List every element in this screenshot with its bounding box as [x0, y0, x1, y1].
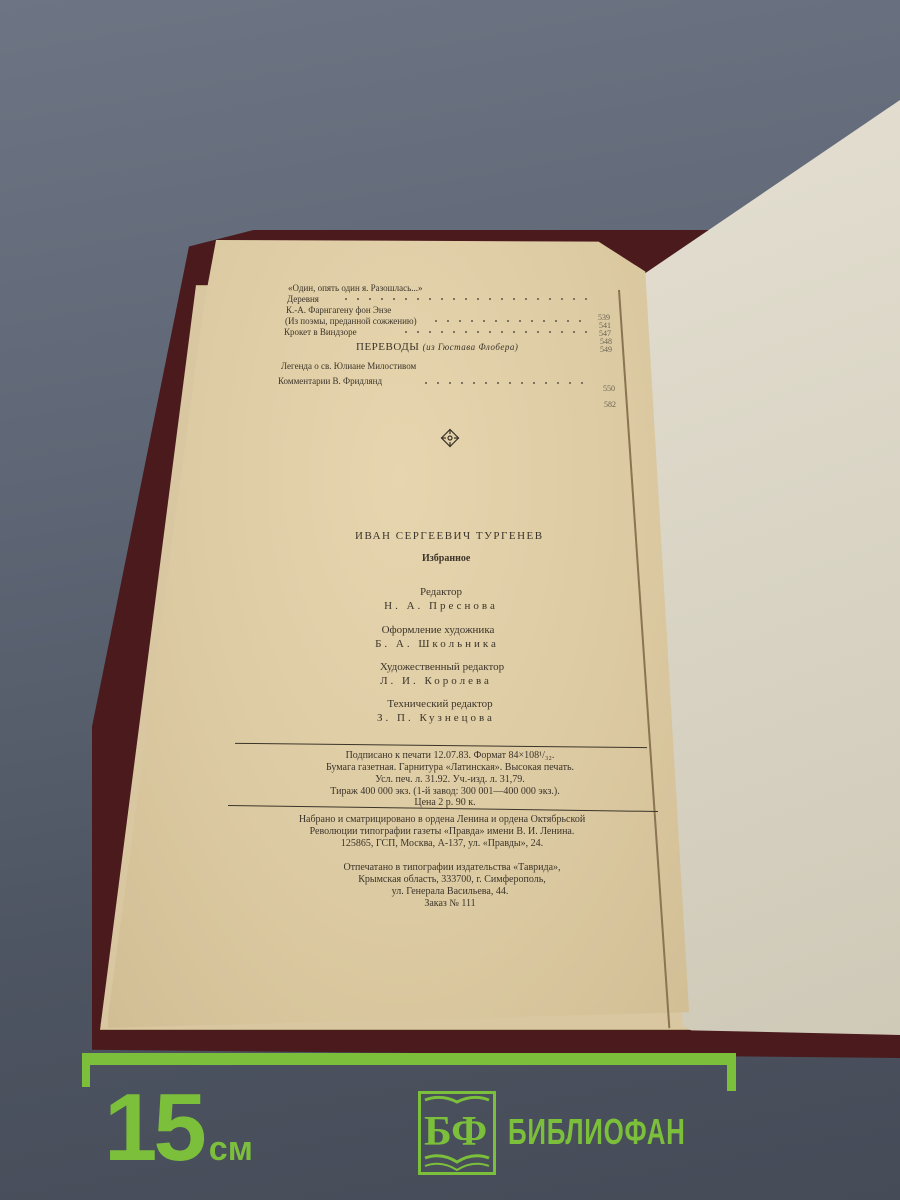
printing-line: Крымская область, 333700, г. Симферополь…: [242, 874, 662, 886]
book-author: ИВАН СЕРГЕЕВИЧ ТУРГЕНЕВ: [355, 530, 544, 542]
section-title: ПЕРЕВОДЫ: [356, 341, 419, 353]
ruler-right-tick: [727, 1053, 736, 1091]
printing-line: Отпечатано в типографии издательства «Та…: [242, 862, 662, 874]
logo-letters: БФ: [424, 1108, 487, 1156]
printing-line: ул. Генерала Васильева, 44.: [240, 886, 660, 898]
section-subtitle: (из Гюстава Флобера): [423, 342, 519, 352]
toc-leader-dots: [340, 296, 590, 302]
toc-page-number: 582: [604, 400, 616, 409]
toc-item: Легенда о св. Юлиане Милостивом: [281, 361, 416, 372]
toc-item: К.-А. Фарнгагену фон Энзе: [286, 305, 391, 316]
brand-name: БИБЛИОФАН: [508, 1111, 686, 1153]
book-title: Избранное: [422, 553, 470, 564]
credit-role: Редактор: [321, 586, 561, 598]
toc-item: Крокет в Виндзоре: [284, 327, 357, 338]
toc-page-number: 549: [600, 345, 612, 354]
floral-ornament-icon: [440, 428, 460, 448]
toc-item: Комментарии В. Фридлянд: [278, 376, 382, 387]
credit-name: З. П. Кузнецова: [316, 712, 556, 724]
credit-name: Л. И. Королева: [316, 675, 556, 687]
size-number: 15: [104, 1074, 203, 1181]
size-unit: см: [209, 1130, 253, 1168]
credit-name: Н. А. Преснова: [321, 600, 561, 612]
toc-item: Деревня: [287, 294, 319, 305]
ruler-left-tick: [82, 1053, 90, 1087]
toc-leader-dots: [400, 329, 590, 335]
imprint-line: Усл. печ. л. 31.92. Уч.-изд. л. 31,79.: [240, 774, 660, 786]
credit-name: Б. А. Школьника: [317, 638, 557, 650]
toc-section-heading: ПЕРЕВОДЫ (из Гюстава Флобера): [356, 341, 518, 353]
typesetting-line: 125865, ГСП, Москва, А-137, ул. «Правды»…: [222, 838, 662, 850]
order-number: Заказ № 111: [240, 898, 660, 910]
imprint-line: Бумага газетная. Гарнитура «Латинская». …: [240, 762, 660, 774]
size-ruler: [82, 1053, 736, 1065]
size-label: 15см: [104, 1080, 253, 1176]
toc-item: «Один, опять один я. Разошлась...»: [288, 283, 422, 294]
toc-leader-dots: [420, 380, 590, 386]
credit-role: Технический редактор: [320, 698, 560, 710]
typesetting-line: Революции типографии газеты «Правда» име…: [222, 826, 662, 838]
typesetting-line: Набрано и сматрицировано в ордена Ленина…: [222, 814, 662, 826]
toc-page-number: 550: [603, 384, 615, 393]
photo-scene: «Один, опять один я. Разошлась...» Дерев…: [0, 0, 900, 1200]
toc-leader-dots: [430, 318, 590, 324]
credit-role: Оформление художника: [318, 624, 558, 636]
toc-item: (Из поэмы, преданной сожжению): [285, 316, 417, 327]
imprint-line: Подписано к печати 12.07.83. Формат 84×1…: [240, 750, 660, 762]
credit-role: Художественный редактор: [322, 661, 562, 673]
